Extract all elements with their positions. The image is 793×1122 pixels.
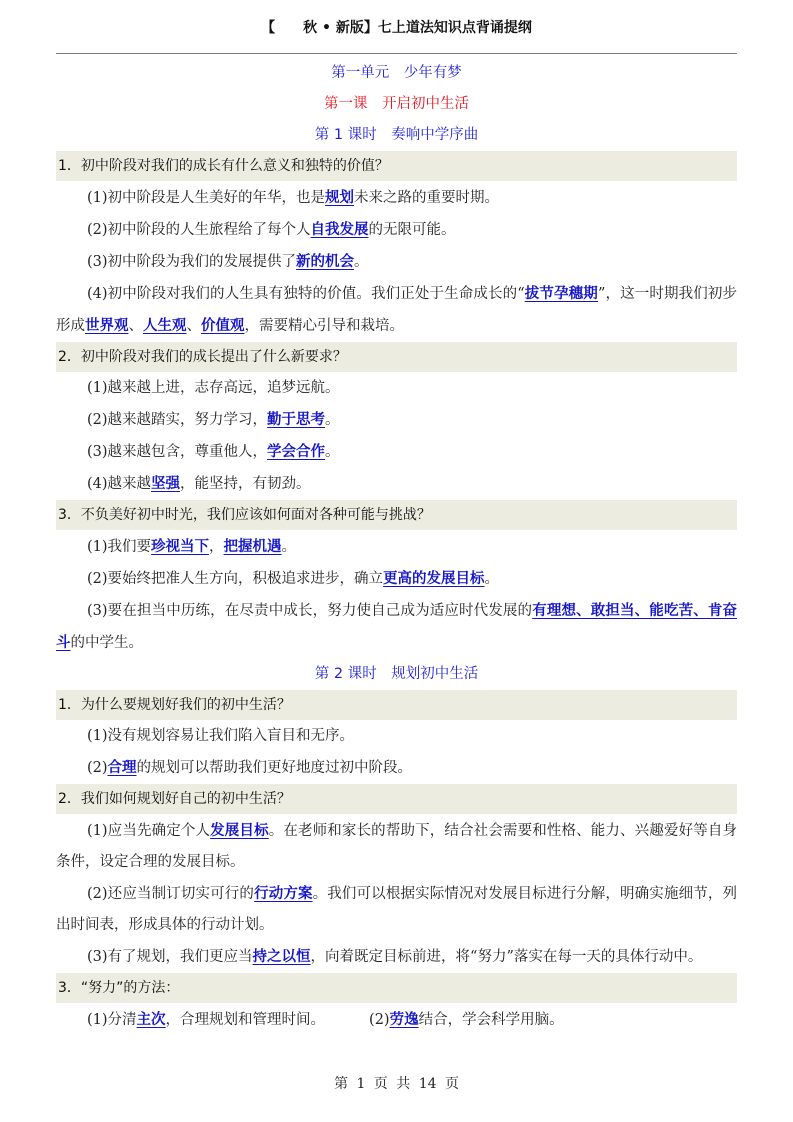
- question-heading: 1．初中阶段对我们的成长有什么意义和独特的价值？: [56, 151, 737, 181]
- answer-point: (4)初中阶段对我们的人生具有独特的价值。我们正处于生命成长的“拔节孕穗期”，这…: [56, 278, 737, 342]
- text-run: 。: [354, 254, 369, 270]
- keyword: 世界观: [85, 317, 129, 334]
- text-run: 的规划可以帮助我们更好地度过初中阶段。: [137, 760, 413, 776]
- text-run: 、: [187, 318, 202, 334]
- text-run: (2)初中阶段的人生旅程给了每个人: [87, 222, 311, 238]
- text-run: ，: [209, 539, 224, 555]
- text-run: 。: [325, 444, 340, 460]
- text-run: 未来之路的重要时期。: [354, 190, 499, 206]
- question-heading: 2．初中阶段对我们的成长提出了什么新要求？: [56, 342, 737, 372]
- document-body: 第一单元 少年有梦 第一课 开启初中生活 第 1 课时 奏响中学序曲1．初中阶段…: [56, 58, 737, 1036]
- text-run: 。: [485, 571, 500, 587]
- text-run: (4)越来越: [87, 476, 151, 492]
- text-run: (2)要始终把准人生方向，积极追求进步，确立: [87, 571, 383, 587]
- text-run: ，合理规划和管理时间。: [166, 1012, 326, 1028]
- keyword: 新的机会: [296, 253, 354, 270]
- keyword: 合理: [108, 759, 137, 776]
- answer-point-right: (2)劳逸结合，学会科学用脑。: [369, 1004, 564, 1036]
- answer-point: (2)初中阶段的人生旅程给了每个人自我发展的无限可能。: [56, 214, 737, 246]
- question-heading: 1．为什么要规划好我们的初中生活？: [56, 690, 737, 720]
- text-run: (2): [87, 760, 108, 776]
- keyword: 劳逸: [390, 1011, 419, 1028]
- keyword: 价值观: [201, 317, 245, 334]
- text-run: (1)没有规划容易让我们陷入盲目和无序。: [87, 728, 354, 744]
- answer-point: (1)应当先确定个人发展目标。在老师和家长的帮助下，结合社会需要和性格、能力、兴…: [56, 815, 737, 878]
- text-run: (1)我们要: [87, 539, 151, 555]
- text-run: (3)初中阶段为我们的发展提供了: [87, 254, 296, 270]
- keyword: 发展目标: [210, 822, 269, 839]
- text-run: (2)越来越踏实，努力学习，: [87, 412, 267, 428]
- document-header: 【秋 • 新版】七上道法知识点背诵提纲: [0, 17, 793, 37]
- keyword: 把握机遇: [224, 538, 282, 555]
- header-bracket: 【: [261, 20, 275, 36]
- answer-two-column-row: (1)分清主次，合理规划和管理时间。(2)劳逸结合，学会科学用脑。: [56, 1004, 737, 1036]
- text-run: (1)越来越上进，志存高远，追梦远航。: [87, 380, 340, 396]
- keyword: 主次: [137, 1011, 166, 1028]
- text-run: ，需要精心引导和栽培。: [245, 318, 405, 334]
- keyword: 坚强: [151, 475, 180, 492]
- keyword: 学会合作: [267, 443, 325, 460]
- text-run: 结合，学会科学用脑。: [419, 1012, 564, 1028]
- keyword: 人生观: [143, 317, 187, 334]
- answer-point: (1)越来越上进，志存高远，追梦远航。: [56, 373, 737, 404]
- page-footer: 第 1 页 共 14 页: [0, 1073, 793, 1093]
- header-title: 秋 • 新版】七上道法知识点背诵提纲: [303, 20, 532, 36]
- answer-point: (2)越来越踏实，努力学习，勤于思考。: [56, 404, 737, 436]
- text-run: 的无限可能。: [369, 222, 456, 238]
- text-run: (1)分清: [87, 1012, 137, 1028]
- text-run: 。: [282, 539, 297, 555]
- keyword: 行动方案: [254, 885, 313, 902]
- answer-point: (1)没有规划容易让我们陷入盲目和无序。: [56, 721, 737, 752]
- answer-point: (4)越来越坚强，能坚持，有韧劲。: [56, 468, 737, 500]
- keyword: 持之以恒: [253, 948, 311, 965]
- answer-point: (2)合理的规划可以帮助我们更好地度过初中阶段。: [56, 752, 737, 784]
- keyword: 规划: [325, 189, 354, 206]
- text-run: ，向着既定目标前进，将“努力”落实在每一天的具体行动中。: [311, 949, 703, 965]
- question-heading: 2．我们如何规划好自己的初中生活？: [56, 784, 737, 814]
- text-run: (1)初中阶段是人生美好的年华，也是: [87, 190, 325, 206]
- question-heading: 3．不负美好初中时光，我们应该如何面对各种可能与挑战？: [56, 500, 737, 530]
- text-run: 、: [129, 318, 144, 334]
- text-run: (2)还应当制订切实可行的: [87, 886, 254, 902]
- header-divider: [56, 53, 737, 54]
- text-run: ，能坚持，有韧劲。: [180, 476, 311, 492]
- text-run: (1)应当先确定个人: [87, 823, 210, 839]
- text-run: (3)有了规划，我们更应当: [87, 949, 253, 965]
- unit-heading: 第一单元 少年有梦: [56, 58, 737, 89]
- answer-point: (3)初中阶段为我们的发展提供了新的机会。: [56, 246, 737, 278]
- question-heading: 3．“努力”的方法：: [56, 973, 737, 1003]
- answer-point: (3)越来越包含，尊重他人，学会合作。: [56, 436, 737, 468]
- text-run: (2): [369, 1012, 390, 1028]
- answer-point: (3)有了规划，我们更应当持之以恒，向着既定目标前进，将“努力”落实在每一天的具…: [56, 941, 737, 973]
- text-run: 。: [325, 412, 340, 428]
- keyword: 拔节孕穗期: [525, 285, 598, 302]
- keyword: 更高的发展目标: [383, 570, 485, 587]
- answer-point: (2)要始终把准人生方向，积极追求进步，确立更高的发展目标。: [56, 563, 737, 595]
- answer-point: (2)还应当制订切实可行的行动方案。我们可以根据实际情况对发展目标进行分解，明确…: [56, 878, 737, 941]
- text-run: (3)要在担当中历练，在尽责中成长，努力使自己成为适应时代发展的: [87, 603, 532, 619]
- keyword: 珍视当下: [151, 538, 209, 555]
- periods-container: 第 1 课时 奏响中学序曲1．初中阶段对我们的成长有什么意义和独特的价值？(1)…: [56, 120, 737, 1036]
- answer-point-left: (1)分清主次，合理规划和管理时间。: [87, 1012, 325, 1028]
- text-run: (4)初中阶段对我们的人生具有独特的价值。我们正处于生命成长的“: [87, 286, 525, 302]
- period-heading: 第 1 课时 奏响中学序曲: [56, 120, 737, 151]
- answer-point: (1)我们要珍视当下，把握机遇。: [56, 531, 737, 563]
- text-run: (3)越来越包含，尊重他人，: [87, 444, 267, 460]
- answer-point: (1)初中阶段是人生美好的年华，也是规划未来之路的重要时期。: [56, 182, 737, 214]
- answer-point: (3)要在担当中历练，在尽责中成长，努力使自己成为适应时代发展的有理想、敢担当、…: [56, 595, 737, 659]
- keyword: 自我发展: [311, 221, 369, 238]
- text-run: 的中学生。: [71, 635, 144, 651]
- keyword: 勤于思考: [267, 411, 325, 428]
- lesson-heading: 第一课 开启初中生活: [56, 89, 737, 120]
- period-heading: 第 2 课时 规划初中生活: [56, 659, 737, 690]
